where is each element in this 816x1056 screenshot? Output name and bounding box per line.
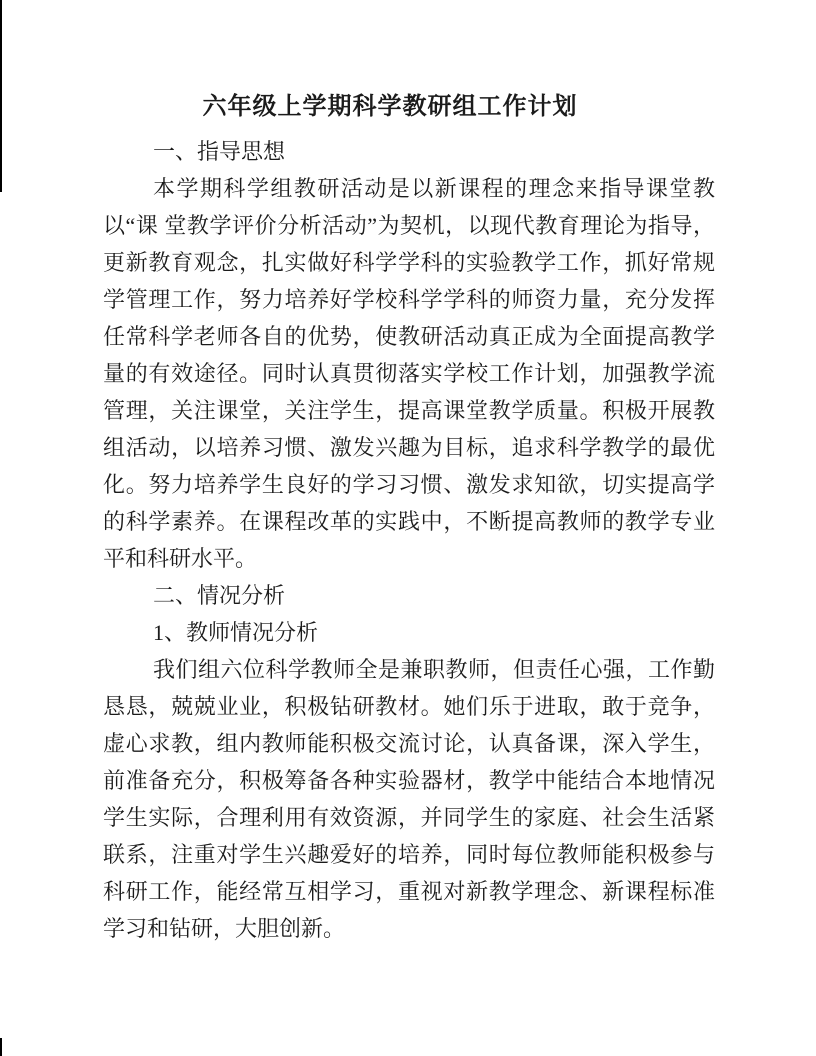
document-body: 一、指导思想 本学期科学组教研活动是以新课程的理念来指导课堂教学， 以“课 堂教… [103,133,715,947]
text-line: 学管理工作，努力培养好学校科学学科的师资力量，充分发挥现 [103,281,715,318]
document-title: 六年级上学期科学教研组工作计划 [103,87,715,127]
text-line: 恳恳，兢兢业业，积极钻研教材。她们乐于进取，敢于竞争，能 [103,688,715,725]
text-line: 学习和钻研，大胆创新。 [103,910,715,947]
text-line: 科研工作，能经常互相学习，重视对新教学理念、新课程标准的 [103,873,715,910]
text-line: 化。努力培养学生良好的学习习惯、激发求知欲，切实提高学生 [103,466,715,503]
text-line: 任常科学老师各自的优势，使教研活动真正成为全面提高教学质 [103,318,715,355]
heading-situation-analysis: 二、情况分析 [103,577,715,614]
text-line: 更新教育观念，扎实做好科学学科的实验教学工作，抓好常规教 [103,244,715,281]
scan-artifact-left-bottom [0,1038,2,1056]
text-line: 以“课 堂教学评价分析活动”为契机，以现代教育理论为指导， [103,207,715,244]
text-line: 管理，关注课堂，关注学生，提高课堂教学质量。积极开展教研 [103,392,715,429]
text-line: 前准备充分，积极筹备各种实验器材，教学中能结合本地情况和 [103,762,715,799]
heading-guiding-ideology: 一、指导思想 [103,133,715,170]
text-line: 平和科研水平。 [103,540,715,577]
text-line: 学生实际，合理利用有效资源，并同学生的家庭、社会生活紧密 [103,799,715,836]
text-line: 本学期科学组教研活动是以新课程的理念来指导课堂教学， [103,170,715,207]
text-line: 的科学素养。在课程改革的实践中，不断提高教师的教学专业水 [103,503,715,540]
scan-artifact-left-top [0,0,2,192]
document-page: 六年级上学期科学教研组工作计划 一、指导思想 本学期科学组教研活动是以新课程的理… [0,0,816,1056]
heading-teacher-analysis: 1、教师情况分析 [103,614,715,651]
text-line: 组活动，以培养习惯、激发兴趣为目标，追求科学教学的最优 [103,429,715,466]
text-line: 量的有效途径。同时认真贯彻落实学校工作计划，加强教学流程 [103,355,715,392]
text-line: 联系，注重对学生兴趣爱好的培养，同时每位教师能积极参与教 [103,836,715,873]
text-line: 我们组六位科学教师全是兼职教师，但责任心强，工作勤勤 [103,651,715,688]
text-line: 虚心求教，组内教师能积极交流讨论，认真备课，深入学生，课 [103,725,715,762]
